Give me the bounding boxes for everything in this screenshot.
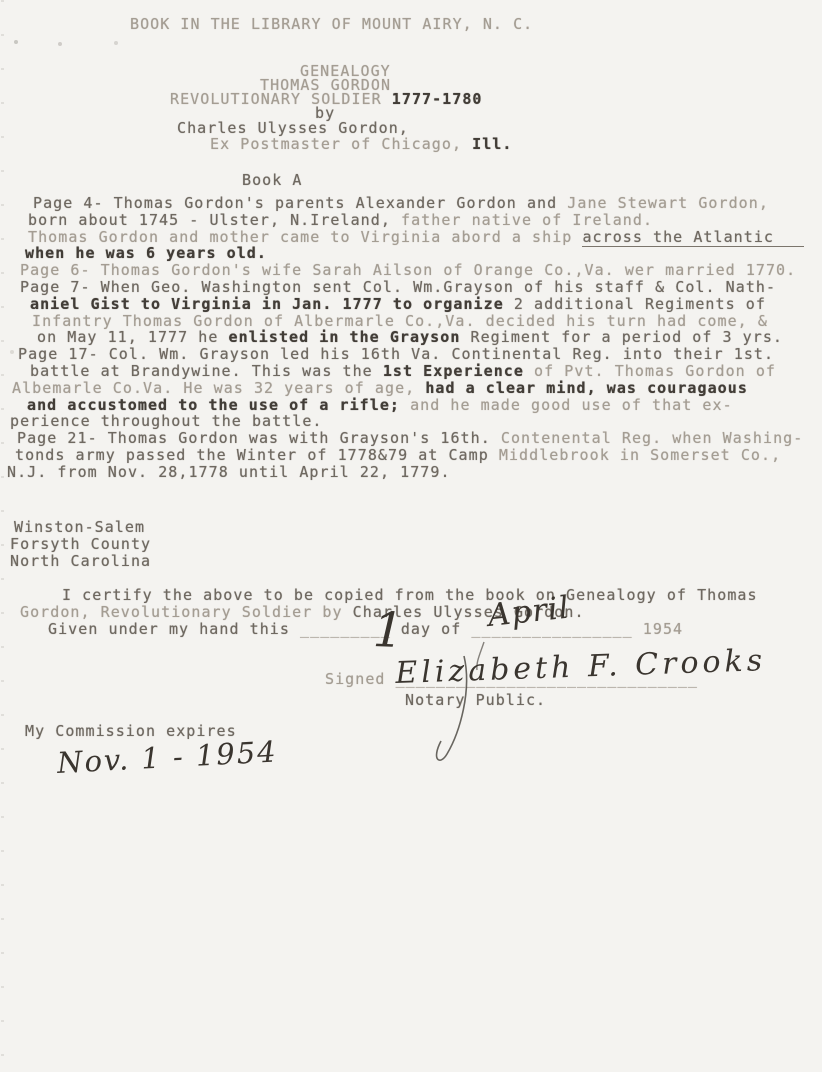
handwritten-month: April	[486, 590, 571, 634]
handwritten-day: 1	[372, 602, 404, 659]
handwriting-layer: 1AprilElizabeth F. CrooksNov. 1 - 1954	[0, 0, 822, 1072]
handwritten-expiry-date: Nov. 1 - 1954	[56, 734, 278, 780]
document-page: BOOK IN THE LIBRARY OF MOUNT AIRY, N. C.…	[0, 0, 822, 1072]
